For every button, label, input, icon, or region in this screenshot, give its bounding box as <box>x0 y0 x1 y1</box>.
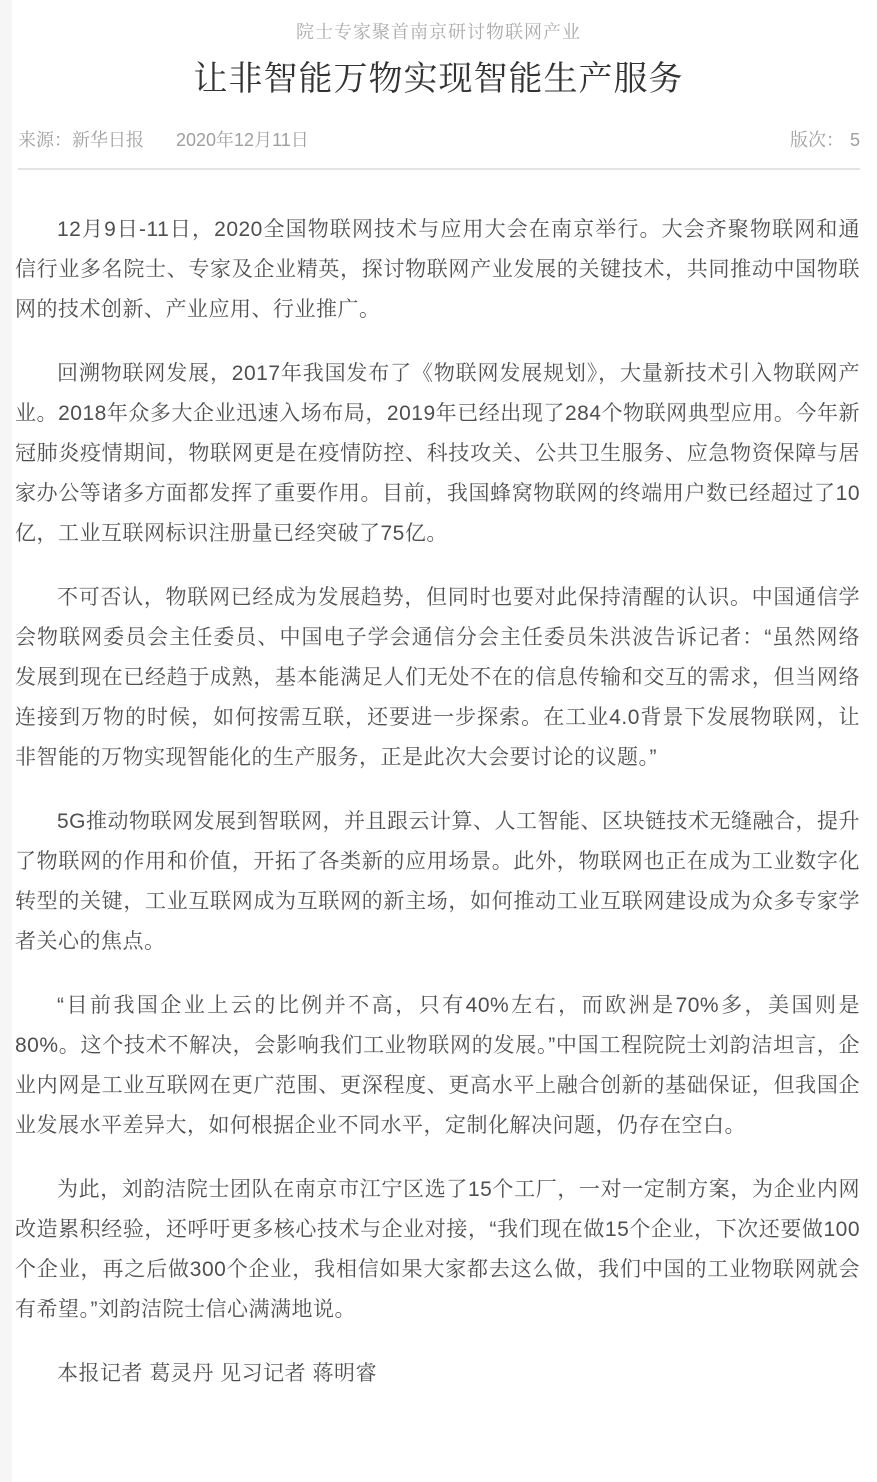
paragraph-1: 12月9日-11日，2020全国物联网技术与应用大会在南京举行。大会齐聚物联网和… <box>15 210 860 330</box>
paragraph-6: 为此，刘韵洁院士团队在南京市江宁区选了15个工厂，一对一定制方案，为企业内网改造… <box>15 1170 860 1330</box>
article-byline: 本报记者 葛灵丹 见习记者 蒋明睿 <box>15 1354 860 1394</box>
paragraph-3: 不可否认，物联网已经成为发展趋势，但同时也要对此保持清醒的认识。中国通信学会物联… <box>15 578 860 778</box>
article-edition: 版次：5 <box>790 126 860 152</box>
article-page: 院士专家聚首南京研讨物联网产业 让非智能万物实现智能生产服务 来源：新华日报 2… <box>0 0 877 1482</box>
page-title: 让非智能万物实现智能生产服务 <box>40 56 837 102</box>
page-gutter <box>0 0 12 1482</box>
article-source: 来源：新华日报 <box>18 126 144 152</box>
article-date: 2020年12月11日 <box>176 126 309 152</box>
edition-label: 版次： <box>790 130 844 150</box>
paragraph-2: 回溯物联网发展，2017年我国发布了《物联网发展规划》，大量新技术引入物联网产业… <box>15 354 860 554</box>
article-meta-bar: 来源：新华日报 2020年12月11日 版次：5 <box>18 102 860 170</box>
article-kicker: 院士专家聚首南京研讨物联网产业 <box>0 20 877 44</box>
paragraph-4: 5G推动物联网发展到智联网，并且跟云计算、人工智能、区块链技术无缝融合，提升了物… <box>15 802 860 962</box>
article-header: 院士专家聚首南京研讨物联网产业 让非智能万物实现智能生产服务 来源：新华日报 2… <box>0 0 877 170</box>
edition-value: 5 <box>850 130 860 150</box>
paragraph-5: “目前我国企业上云的比例并不高，只有40%左右，而欧洲是70%多，美国则是80%… <box>15 986 860 1146</box>
article-body: 12月9日-11日，2020全国物联网技术与应用大会在南京举行。大会齐聚物联网和… <box>0 170 877 1394</box>
